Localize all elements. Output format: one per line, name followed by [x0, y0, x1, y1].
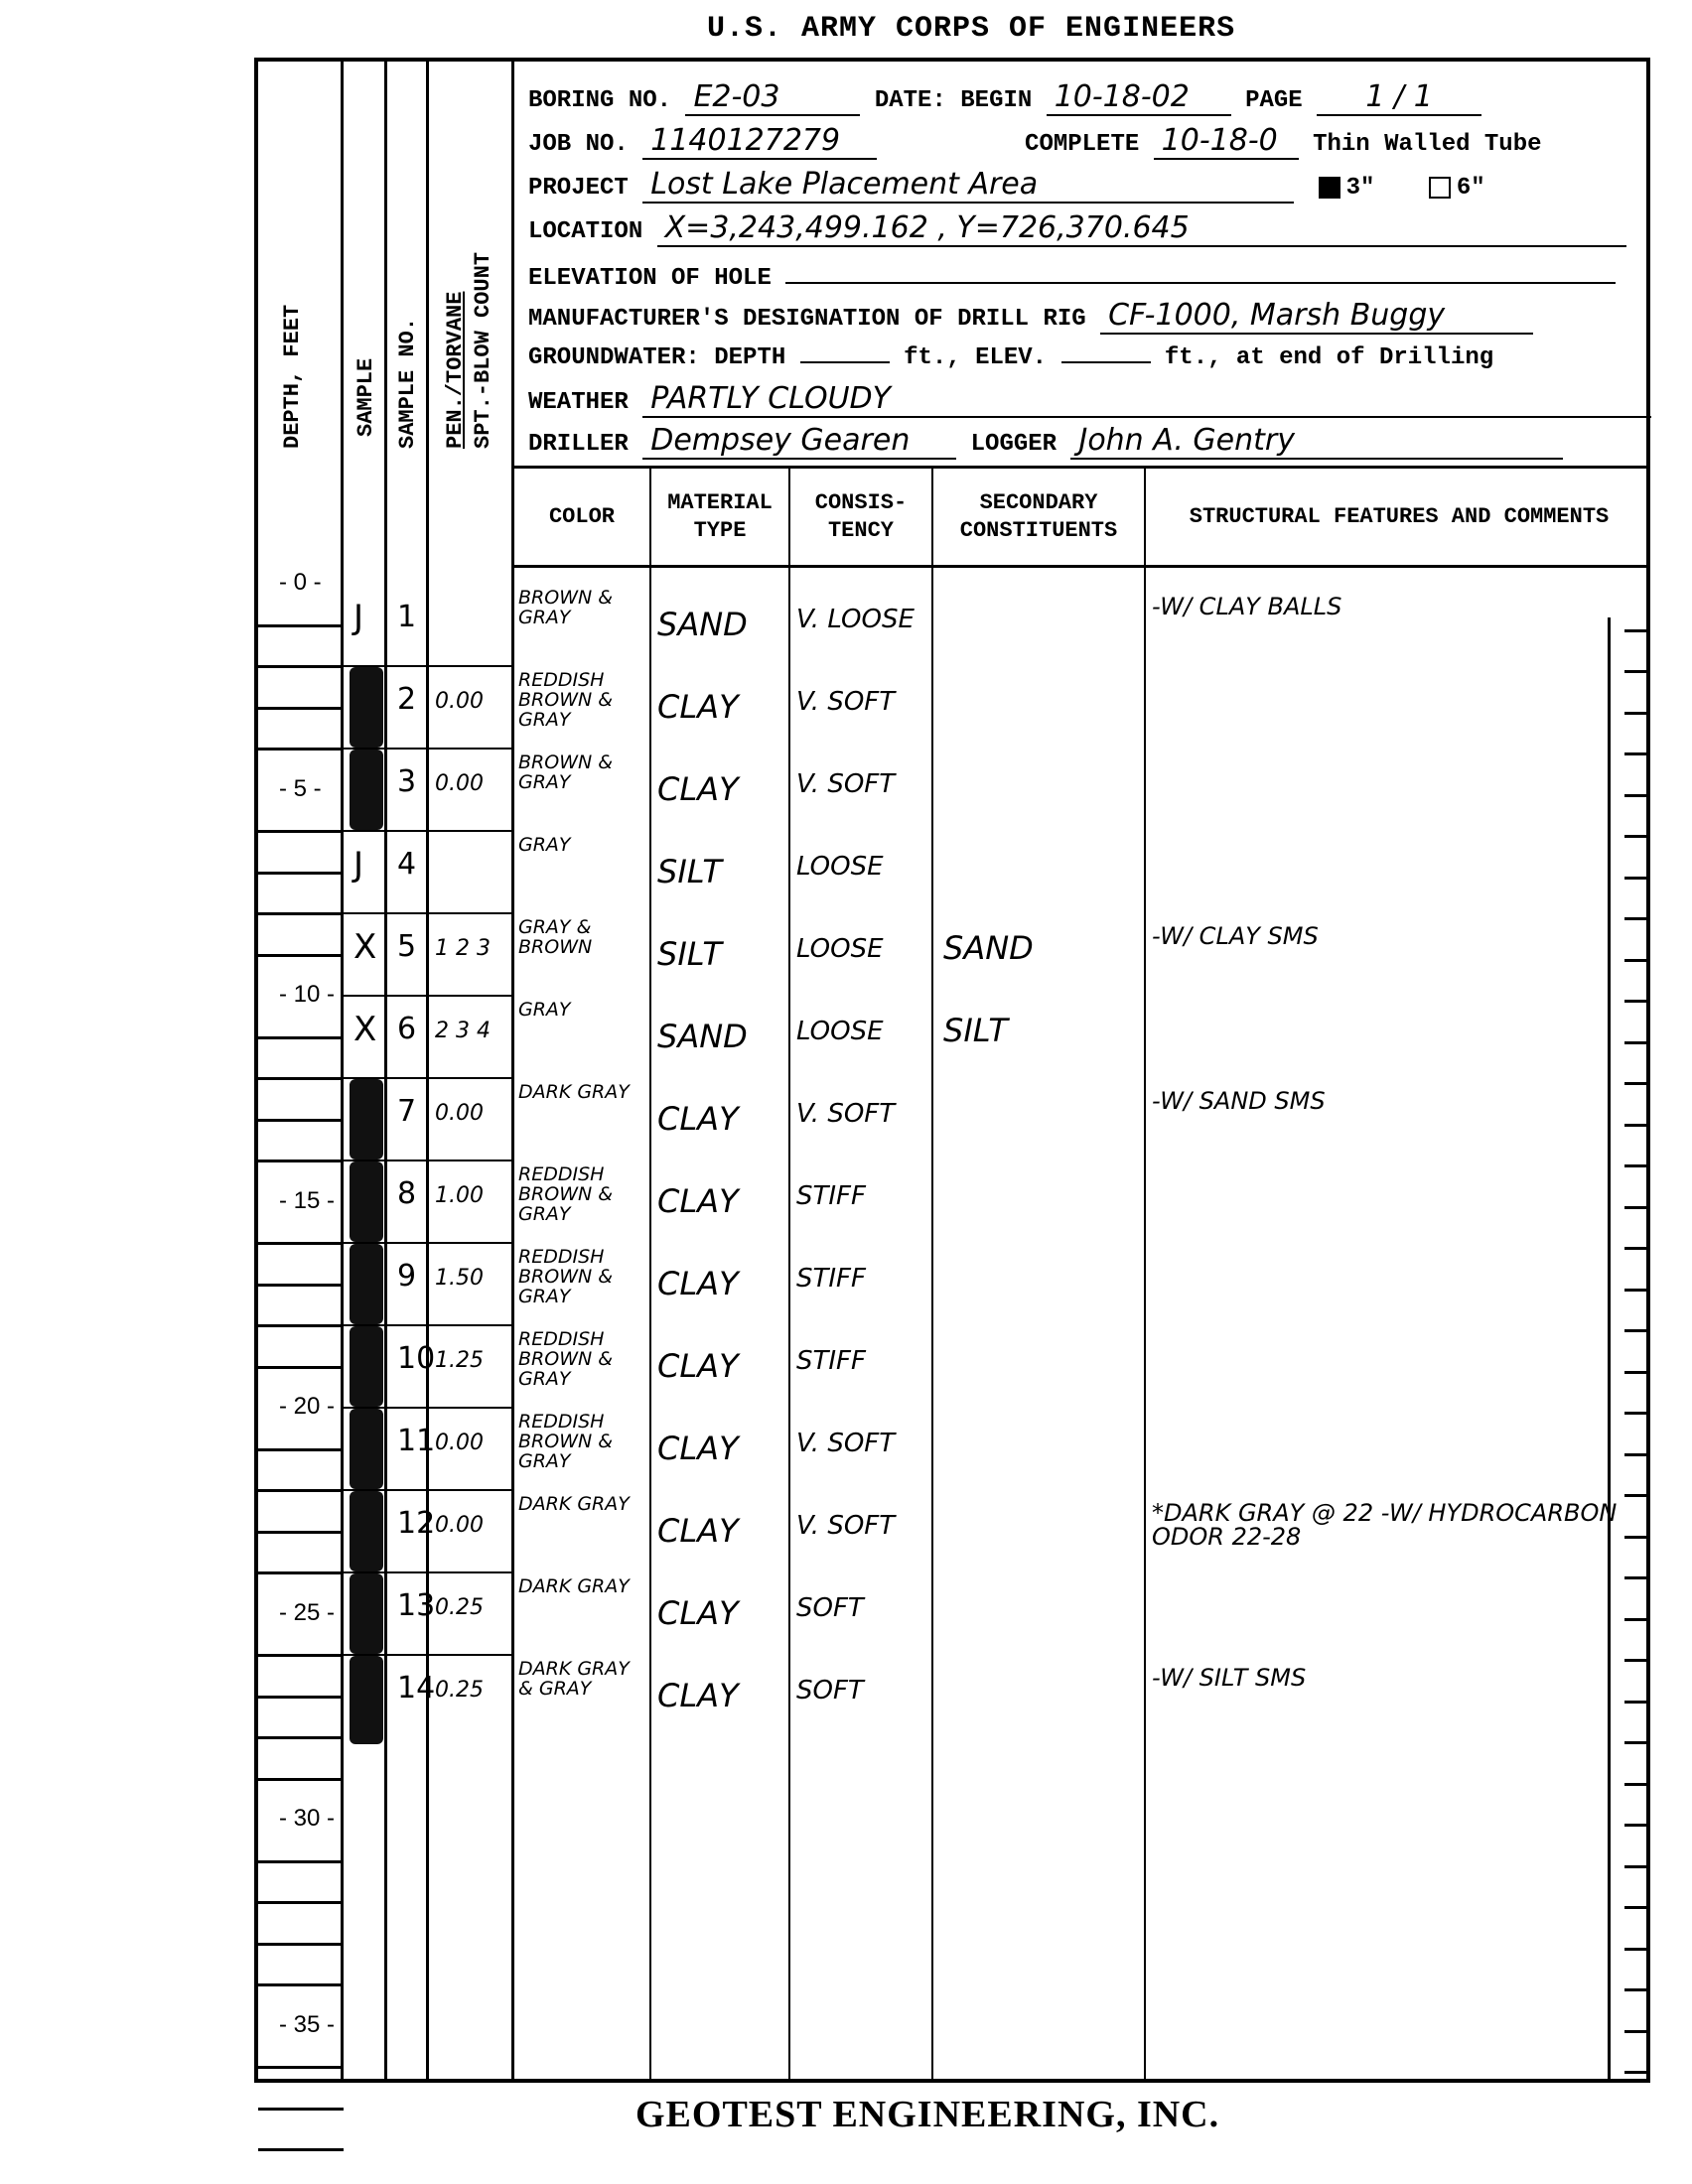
- sample-shelby-tube-marker: [350, 1161, 383, 1242]
- table-row: 140.25DARK GRAY & GRAYCLAYSOFT-W/ SILT S…: [258, 1654, 1648, 1744]
- consistency-value: V. SOFT: [796, 1513, 895, 1539]
- depth-label: - 20 -: [276, 1393, 338, 1421]
- sample-number: 7: [397, 1097, 416, 1127]
- depth-tick: [258, 1489, 344, 1492]
- project-label: PROJECT: [528, 175, 629, 202]
- sample-shelby-tube-marker: [350, 667, 383, 748]
- location-value: X=3,243,499.162 , Y=726,370.645: [657, 210, 1626, 247]
- tube-6in-label: 6": [1457, 175, 1485, 202]
- table-row: 120.00DARK GRAYCLAYV. SOFT*DARK GRAY @ 2…: [258, 1489, 1648, 1571]
- secondary-value: SILT: [943, 1015, 1008, 1046]
- right-tick: [1624, 1865, 1646, 1868]
- depth-tick: [258, 2108, 344, 2111]
- color-value: DARK GRAY: [518, 1577, 647, 1597]
- pen-torvane-header: PEN./TORVANE: [443, 292, 468, 449]
- sample-header: SAMPLE: [353, 358, 378, 437]
- table-row: 130.25DARK GRAYCLAYSOFT: [258, 1571, 1648, 1654]
- consistency-value: V. SOFT: [796, 771, 895, 797]
- depth-label: - 15 -: [276, 1187, 338, 1215]
- agency-title: U.S. ARMY CORPS OF ENGINEERS: [707, 12, 1235, 46]
- depth-tick: [258, 748, 344, 751]
- weather-label: WEATHER: [528, 389, 629, 416]
- weather-value: PARTLY CLOUDY: [642, 381, 1651, 418]
- depth-tick: [258, 1571, 344, 1574]
- depth-tick: [258, 954, 344, 957]
- sample-shelby-tube-marker: [350, 1573, 383, 1654]
- groundwater-elev-label: ft., ELEV.: [904, 344, 1047, 371]
- groundwater-depth-blank: [800, 341, 890, 363]
- pen-value: 0.25: [435, 1680, 484, 1702]
- sample-type-marker: X: [353, 1013, 376, 1046]
- sample-shelby-tube-marker: [350, 1079, 383, 1160]
- depth-tick: [258, 624, 344, 627]
- material-value: CLAY: [657, 1350, 739, 1382]
- depth-tick: [258, 2148, 344, 2151]
- pen-value: 0.25: [435, 1597, 484, 1619]
- sample-shelby-tube-marker: [350, 1244, 383, 1324]
- consistency-value: V. LOOSE: [796, 607, 915, 632]
- date-begin-value: 10-18-02: [1047, 79, 1231, 116]
- depth-header: DEPTH, FEET: [280, 305, 305, 449]
- table-row: J1BROWN & GRAYSANDV. LOOSE-W/ CLAY BALLS: [258, 583, 1648, 665]
- consistency-header: CONSIS- TENCY: [790, 469, 933, 565]
- depth-tick: [258, 1943, 344, 1946]
- table-row: 101.25REDDISH BROWN & GRAYCLAYSTIFF: [258, 1324, 1648, 1407]
- pen-value: 0.00: [435, 1433, 484, 1454]
- sample-type-marker: J: [353, 601, 363, 634]
- consistency-value: STIFF: [796, 1266, 866, 1292]
- right-tick: [1624, 1783, 1646, 1786]
- pen-value: 2 3 4: [435, 1021, 491, 1042]
- right-tick: [1624, 2030, 1646, 2033]
- color-value: GRAY & BROWN: [518, 918, 647, 958]
- comment-value: -W/ CLAY SMS: [1152, 924, 1619, 948]
- pen-value: 0.00: [435, 1103, 484, 1125]
- company-footer: GEOTEST ENGINEERING, INC.: [635, 2093, 1219, 2136]
- table-row: X51 2 3GRAY & BROWNSILTLOOSESAND-W/ CLAY…: [258, 912, 1648, 995]
- logger-value: John A. Gentry: [1070, 423, 1563, 460]
- comment-value: *DARK GRAY @ 22 -W/ HYDROCARBON ODOR 22-…: [1152, 1501, 1619, 1549]
- pen-value: 0.00: [435, 773, 484, 795]
- material-value: CLAY: [657, 1433, 739, 1464]
- date-begin-label: DATE: BEGIN: [875, 87, 1032, 114]
- logger-label: LOGGER: [971, 431, 1057, 458]
- table-row: 81.00REDDISH BROWN & GRAYCLAYSTIFF: [258, 1160, 1648, 1242]
- depth-label: - 30 -: [276, 1805, 338, 1833]
- sample-number: 12: [397, 1509, 435, 1539]
- depth-tick: [258, 912, 344, 915]
- consistency-value: SOFT: [796, 1678, 864, 1704]
- drill-rig-label: MANUFACTURER'S DESIGNATION OF DRILL RIG: [528, 306, 1086, 333]
- sample-number: 14: [397, 1674, 435, 1704]
- depth-tick: [258, 1324, 344, 1327]
- spt-blow-header: SPT.-BLOW COUNT: [471, 252, 495, 449]
- color-value: REDDISH BROWN & GRAY: [518, 1248, 647, 1307]
- color-value: REDDISH BROWN & GRAY: [518, 1413, 647, 1472]
- driller-value: Dempsey Gearen: [642, 423, 956, 460]
- depth-tick: [258, 1531, 344, 1534]
- page-value: 1 / 1: [1317, 79, 1481, 116]
- sample-number: 4: [397, 850, 416, 880]
- material-value: CLAY: [657, 1103, 739, 1135]
- table-row: 70.00DARK GRAYCLAYV. SOFT-W/ SAND SMS: [258, 1077, 1648, 1160]
- consistency-value: V. SOFT: [796, 1101, 895, 1127]
- depth-tick: [258, 1366, 344, 1369]
- sample-number: 5: [397, 932, 416, 962]
- consistency-value: LOOSE: [796, 1019, 884, 1044]
- right-tick: [1624, 1906, 1646, 1909]
- sample-number: 2: [397, 685, 416, 715]
- sample-type-marker: X: [353, 930, 376, 964]
- boring-info-block: BORING NO. E2-03 DATE: BEGIN 10-18-02 PA…: [514, 62, 1646, 469]
- material-value: CLAY: [657, 1185, 739, 1217]
- page-label: PAGE: [1245, 87, 1303, 114]
- material-value: SAND: [657, 609, 748, 640]
- job-no-label: JOB NO.: [528, 131, 629, 158]
- sample-number: 6: [397, 1015, 416, 1044]
- groundwater-label: GROUNDWATER: DEPTH: [528, 344, 785, 371]
- sample-number: 8: [397, 1179, 416, 1209]
- color-value: REDDISH BROWN & GRAY: [518, 1330, 647, 1390]
- driller-label: DRILLER: [528, 431, 629, 458]
- consistency-value: SOFT: [796, 1595, 864, 1621]
- sample-number: 11: [397, 1427, 435, 1456]
- sample-no-header: SAMPLE NO.: [395, 318, 420, 449]
- date-complete-value: 10-18-0: [1154, 123, 1299, 160]
- sample-shelby-tube-marker: [350, 1656, 383, 1744]
- table-row: 91.50REDDISH BROWN & GRAYCLAYSTIFF: [258, 1242, 1648, 1324]
- consistency-value: STIFF: [796, 1183, 866, 1209]
- depth-tick: [258, 1036, 344, 1039]
- depth-label: - 35 -: [276, 2011, 338, 2039]
- project-value: Lost Lake Placement Area: [642, 167, 1294, 204]
- consistency-value: LOOSE: [796, 936, 884, 962]
- pen-value: 1.00: [435, 1185, 484, 1207]
- depth-tick: [258, 830, 344, 833]
- material-value: CLAY: [657, 1268, 739, 1299]
- tube-3in-checkbox[interactable]: [1319, 177, 1340, 199]
- consistency-value: STIFF: [796, 1348, 866, 1374]
- right-tick: [1624, 1988, 1646, 1991]
- comment-value: -W/ SILT SMS: [1152, 1666, 1619, 1690]
- pen-value: 0.00: [435, 691, 484, 713]
- color-value: GRAY: [518, 836, 647, 856]
- sample-number: 13: [397, 1591, 435, 1621]
- sample-type-marker: J: [353, 848, 363, 882]
- color-value: DARK GRAY: [518, 1083, 647, 1103]
- pen-value: 1 2 3: [435, 938, 491, 960]
- comment-value: -W/ SAND SMS: [1152, 1089, 1619, 1113]
- location-label: LOCATION: [528, 218, 642, 245]
- consistency-value: LOOSE: [796, 854, 884, 880]
- secondary-value: SAND: [943, 932, 1034, 964]
- date-complete-label: COMPLETE: [1025, 131, 1139, 158]
- color-header: COLOR: [514, 469, 651, 565]
- groundwater-end-label: ft., at end of Drilling: [1165, 344, 1493, 371]
- depth-tick: [258, 2066, 344, 2069]
- secondary-header: SECONDARY CONSTITUENTS: [933, 469, 1146, 565]
- depth-tick: [258, 1983, 344, 1986]
- boring-log-form: DEPTH, FEET SAMPLE SAMPLE NO. PEN./TORVA…: [254, 58, 1650, 2083]
- consistency-value: V. SOFT: [796, 1431, 895, 1456]
- color-value: REDDISH BROWN & GRAY: [518, 671, 647, 731]
- right-tick: [1624, 2071, 1646, 2074]
- material-value: CLAY: [657, 1680, 739, 1711]
- pen-value: 1.50: [435, 1268, 484, 1290]
- depth-label: - 25 -: [276, 1599, 338, 1627]
- color-value: GRAY: [518, 1001, 647, 1021]
- groundwater-elev-blank: [1061, 341, 1151, 363]
- material-value: SILT: [657, 938, 722, 970]
- color-value: BROWN & GRAY: [518, 589, 647, 628]
- table-row: 20.00REDDISH BROWN & GRAYCLAYV. SOFT: [258, 665, 1648, 748]
- depth-tick: [258, 1119, 344, 1122]
- pen-value: 0.00: [435, 1515, 484, 1537]
- material-value: SAND: [657, 1021, 748, 1052]
- depth-tick: [258, 1654, 344, 1657]
- consistency-value: V. SOFT: [796, 689, 895, 715]
- sample-number: 3: [397, 767, 416, 797]
- depth-tick: [258, 872, 344, 875]
- depth-tick: [258, 1901, 344, 1904]
- tube-3in-label: 3": [1346, 175, 1375, 202]
- elevation-label: ELEVATION OF HOLE: [528, 265, 772, 292]
- depth-tick: [258, 1736, 344, 1739]
- table-row: J4GRAYSILTLOOSE: [258, 830, 1648, 912]
- material-value: SILT: [657, 856, 722, 887]
- depth-tick: [258, 1448, 344, 1451]
- comments-header: STRUCTURAL FEATURES AND COMMENTS: [1146, 469, 1652, 565]
- pen-value: 1.25: [435, 1350, 484, 1372]
- depth-tick: [258, 1160, 344, 1162]
- drill-rig-value: CF-1000, Marsh Buggy: [1100, 298, 1533, 335]
- depth-tick: [258, 1242, 344, 1245]
- sample-shelby-tube-marker: [350, 1409, 383, 1489]
- depth-tick: [258, 1860, 344, 1863]
- depth-tick: [258, 707, 344, 710]
- table-row: 110.00REDDISH BROWN & GRAYCLAYV. SOFT: [258, 1407, 1648, 1489]
- sample-shelby-tube-marker: [350, 1326, 383, 1407]
- material-header: MATERIAL TYPE: [651, 469, 790, 565]
- depth-label: - 0 -: [276, 569, 325, 597]
- material-value: CLAY: [657, 1515, 739, 1547]
- thin-walled-tube-label: Thin Walled Tube: [1313, 131, 1541, 158]
- depth-tick: [258, 665, 344, 668]
- color-value: DARK GRAY & GRAY: [518, 1660, 647, 1700]
- depth-label: - 10 -: [276, 981, 338, 1009]
- table-row: X62 3 4GRAYSANDLOOSESILT: [258, 995, 1648, 1077]
- sample-shelby-tube-marker: [350, 750, 383, 830]
- depth-label: - 5 -: [276, 775, 325, 803]
- color-value: DARK GRAY: [518, 1495, 647, 1515]
- sample-number: 9: [397, 1262, 416, 1292]
- depth-tick: [258, 1284, 344, 1287]
- sample-number: 1: [397, 603, 416, 632]
- material-value: CLAY: [657, 691, 739, 723]
- elevation-value: [785, 256, 1616, 284]
- depth-tick: [258, 1077, 344, 1080]
- right-tick: [1624, 1948, 1646, 1951]
- depth-tick: [258, 1778, 344, 1781]
- boring-no-label: BORING NO.: [528, 87, 671, 114]
- comment-value: -W/ CLAY BALLS: [1152, 595, 1619, 618]
- color-value: REDDISH BROWN & GRAY: [518, 1165, 647, 1225]
- job-no-value: 1140127279: [642, 123, 877, 160]
- tube-6in-checkbox[interactable]: [1429, 177, 1451, 199]
- sample-number: 10: [397, 1344, 435, 1374]
- depth-tick: [258, 1696, 344, 1699]
- table-row: 30.00BROWN & GRAYCLAYV. SOFT: [258, 748, 1648, 830]
- sample-shelby-tube-marker: [350, 1491, 383, 1571]
- material-value: CLAY: [657, 1597, 739, 1629]
- color-value: BROWN & GRAY: [518, 753, 647, 793]
- material-value: CLAY: [657, 773, 739, 805]
- table-header: COLOR MATERIAL TYPE CONSIS- TENCY SECOND…: [514, 469, 1646, 568]
- right-tick: [1624, 1824, 1646, 1827]
- boring-no-value: E2-03: [685, 79, 860, 116]
